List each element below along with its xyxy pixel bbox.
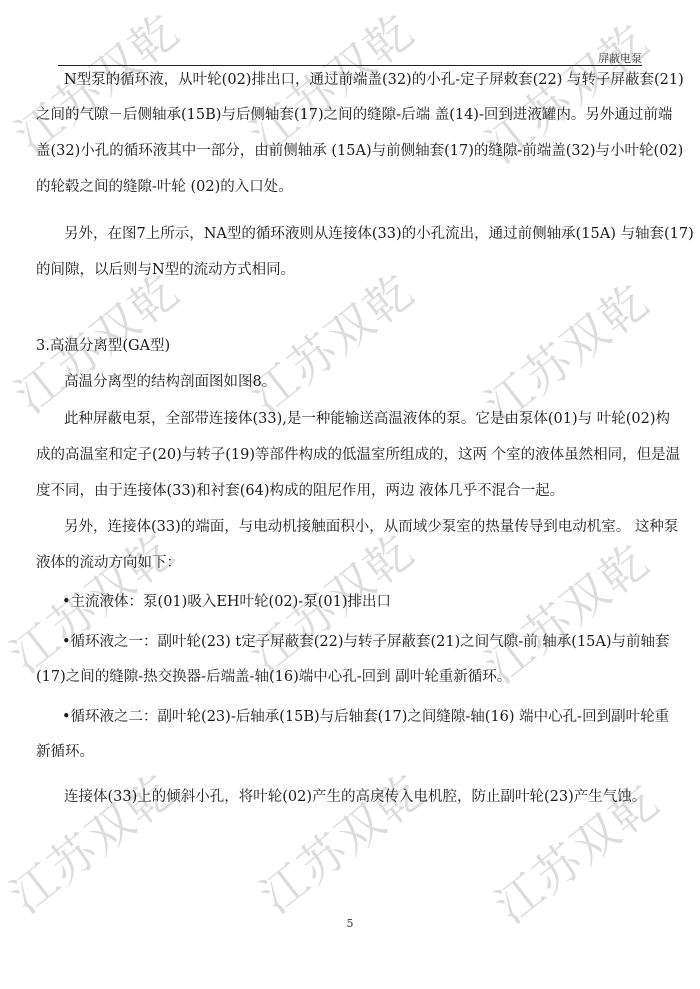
bullet-item-circulation-1: •循环液之一：副叶轮(23) t定子屏蔽套(22)与转子屏蔽套(21)之间气隙-… [62, 633, 682, 651]
bullet-item-main-flow: •主流液体：泵(01)吸入EH叶轮(02)-泵(01)排出口 [62, 593, 682, 611]
header-divider [58, 65, 642, 66]
section-heading: 3.高温分离型(GA型) [36, 337, 656, 355]
document-page: 江苏双乾 江苏双乾 江苏双乾 江苏双乾 江苏双乾 江苏双乾 江苏双乾 江苏双乾 … [0, 0, 700, 989]
paragraph-line: 成的高温室和定子(20)与转子(19)等部件构成的低温室所组成的，这两 个室的液… [36, 446, 656, 464]
paragraph-line: 之间的气隙－后侧轴承(15B)与后侧轴套(17)之间的缝隙-后端 盖(14)-回… [36, 106, 656, 124]
bullet-item-circulation-2: •循环液之二：副叶轮(23)-后轴承(15B)与后轴套(17)之间缝隙-轴(16… [62, 708, 682, 726]
watermark: 江苏双乾 [244, 756, 436, 926]
running-header-title: 屏蔽电泵 [598, 50, 642, 66]
paragraph-line: 液体的流动方向如下： [36, 554, 656, 572]
paragraph-line: N型泵的循环液，从叶轮(02)排出口，通过前端盖(32)的小孔-定子屏敕套(22… [64, 71, 656, 89]
paragraph-line: 连接体(33)上的倾斜小孔，将叶轮(02)产生的高戾传入电机腔，防止副叶轮(23… [64, 788, 656, 806]
paragraph-line: 高温分离型的结构剖面图如图8。 [64, 373, 656, 391]
paragraph-line: 另外，在图7上所示，NA型的循环液则从连接体(33)的小孔流出，通过前侧轴承(1… [64, 225, 656, 243]
paragraph-line: 盖(32)小孔的循环液其中一部分，由前侧轴承 (15A)与前侧轴套(17)的缝隙… [36, 142, 656, 160]
paragraph-line: 的间隙，以后则与N型的流动方式相同。 [36, 261, 656, 279]
page-number: 5 [0, 917, 700, 930]
paragraph-line: 度不同，由于连接体(33)和衬套(64)构成的阻尼作用，两边 液体几乎不混合一起… [36, 482, 656, 500]
paragraph-line: 的轮毂之间的缝隙-叶轮 (02)的入口处。 [36, 178, 656, 196]
bullet-item-circulation-2-cont: 新循环。 [36, 743, 656, 761]
bullet-item-circulation-1-cont: (17)之间的缝隙-热交换器-后端盖-轴(16)端中心孔-回到 副叶轮重新循环。 [36, 668, 656, 686]
paragraph-line: 此种屏蔽电泵，全部带连接体(33),是一种能输送高温液体的泵。它是由泵体(01)… [64, 410, 656, 428]
paragraph-line: 另外，连接体(33)的端面，与电动机接触面积小，从而域少泵室的热量传导到电动机室… [64, 518, 656, 536]
watermark: 江苏双乾 [0, 756, 186, 926]
